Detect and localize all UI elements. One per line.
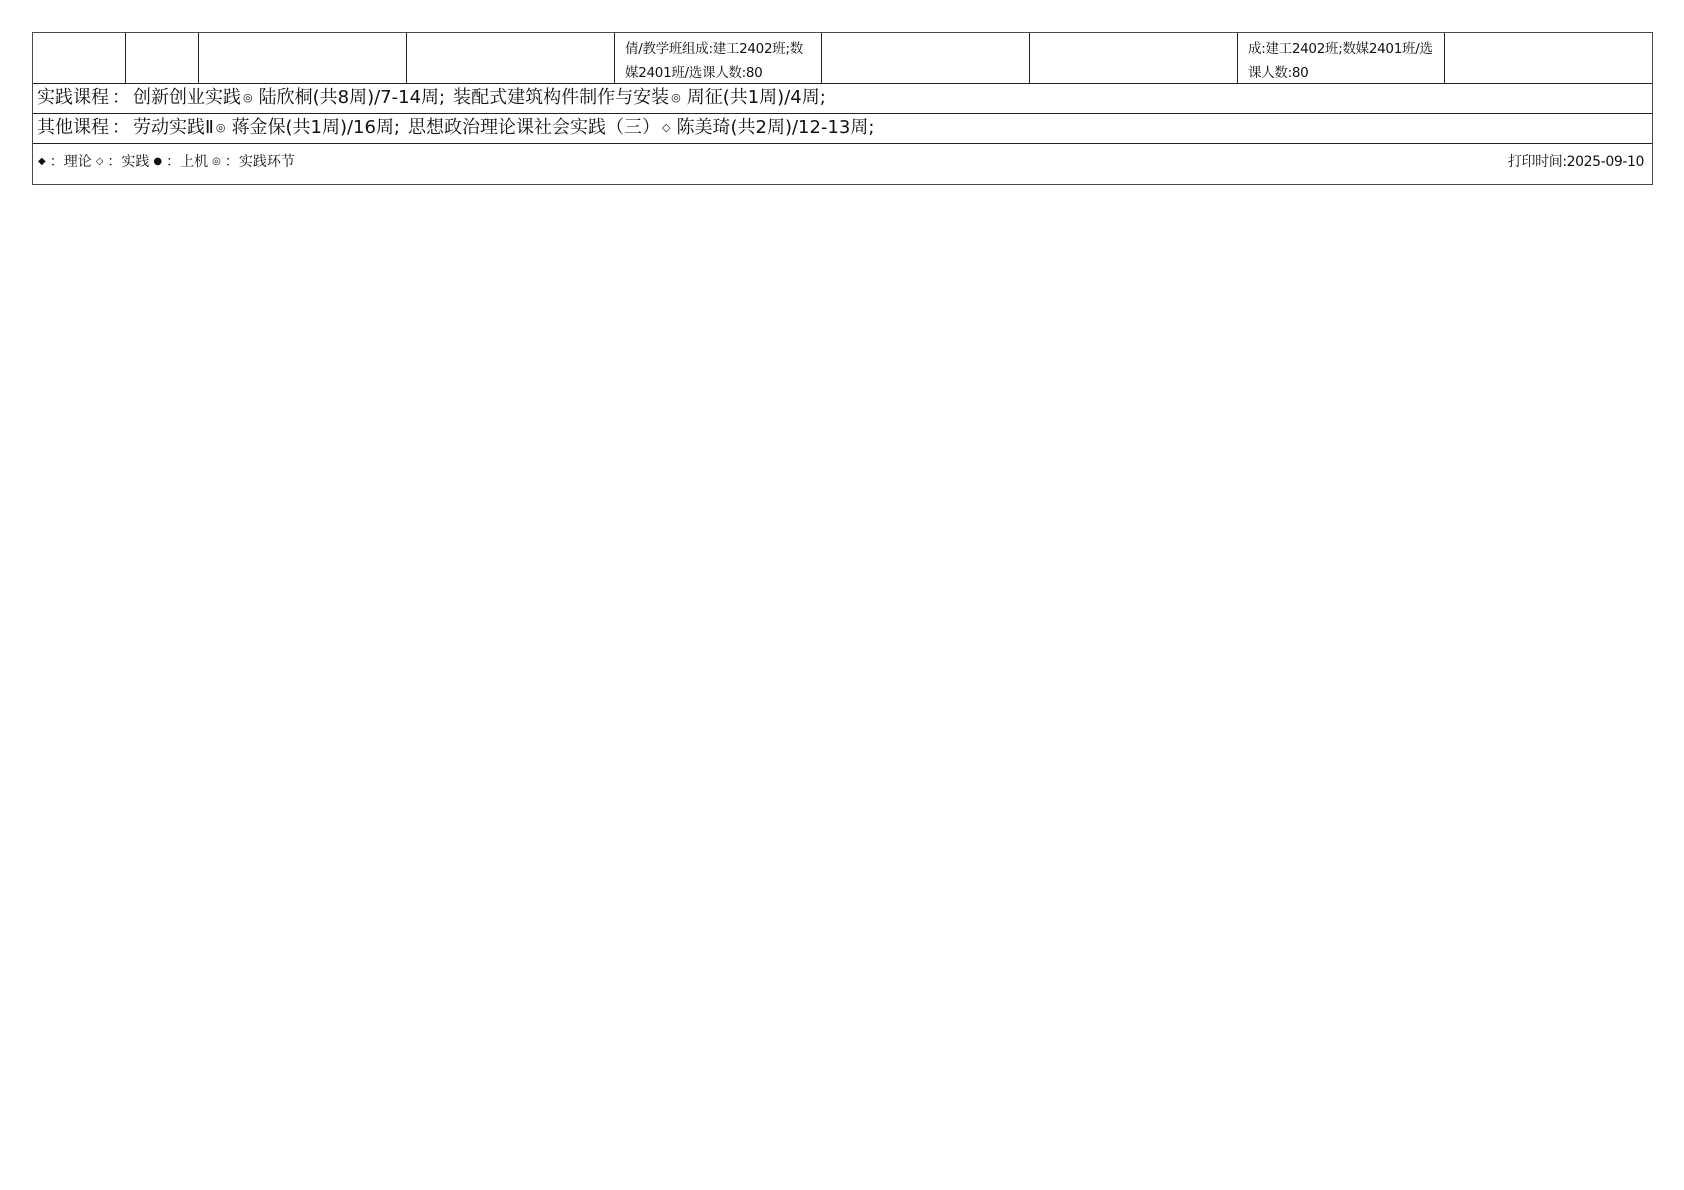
course-duration: (共8周) <box>313 87 375 108</box>
timetable-partial-row: 倩/教学班组成:建工2402班;数媒2401班/选课人数:80 成:建工2402… <box>33 33 1652 84</box>
timetable-cell <box>1030 33 1238 83</box>
course-weeks: /7-14周; <box>374 87 453 108</box>
print-time: 打印时间:2025-09-10 <box>1508 152 1644 172</box>
course-entry: 思想政治理论课社会实践（三）◇陈美琦(共2周)/12-13周; <box>408 117 874 138</box>
hollow-diamond-icon: ◇ <box>660 121 676 134</box>
bullseye-icon: ◎ <box>669 91 687 104</box>
filled-diamond-icon: ◆ <box>37 152 50 172</box>
legend-footer-row: ◆：理论 ◇：实践 ●：上机 ◎：实践环节 打印时间:2025-09-10 <box>33 144 1652 184</box>
practice-courses-row: 实践课程：创新创业实践◎陆欣桐(共8周)/7-14周;装配式建筑构件制作与安装◎… <box>33 84 1652 114</box>
course-duration: (共1周) <box>285 117 347 138</box>
course-name: 创新创业实践 <box>133 87 241 108</box>
bullseye-icon: ◎ <box>214 121 232 134</box>
legend-label: ：理论 <box>50 152 95 172</box>
course-teacher: 周征 <box>687 87 723 108</box>
course-entry: 装配式建筑构件制作与安装◎周征(共1周)/4周; <box>453 87 826 108</box>
timetable-sheet: 倩/教学班组成:建工2402班;数媒2401班/选课人数:80 成:建工2402… <box>32 32 1653 185</box>
timetable-cell <box>1445 33 1652 83</box>
course-name: 装配式建筑构件制作与安装 <box>453 87 669 108</box>
legend-label: ：上机 <box>166 152 211 172</box>
course-name: 劳动实践Ⅱ <box>133 117 214 138</box>
bullseye-icon: ◎ <box>211 152 225 172</box>
course-entry: 劳动实践Ⅱ◎蒋金保(共1周)/16周; <box>133 117 408 138</box>
legend-label: ：实践环节 <box>225 152 298 172</box>
other-courses-row: 其他课程：劳动实践Ⅱ◎蒋金保(共1周)/16周;思想政治理论课社会实践（三）◇陈… <box>33 114 1652 144</box>
course-entry: 创新创业实践◎陆欣桐(共8周)/7-14周; <box>133 87 453 108</box>
hollow-diamond-icon: ◇ <box>95 152 108 172</box>
legend-label: ：实践 <box>107 152 152 172</box>
timetable-cell <box>199 33 407 83</box>
course-teacher: 陆欣桐 <box>259 87 313 108</box>
course-weeks: /4周; <box>784 87 826 108</box>
timetable-cell-class-info: 倩/教学班组成:建工2402班;数媒2401班/选课人数:80 <box>615 33 822 83</box>
timetable-cell <box>822 33 1030 83</box>
course-weeks: /16周; <box>347 117 408 138</box>
practice-courses-label: 实践课程 <box>37 87 109 108</box>
bullseye-icon: ◎ <box>241 91 259 104</box>
course-teacher: 蒋金保 <box>231 117 285 138</box>
course-weeks: /12-13周; <box>792 117 874 138</box>
type-legend: ◆：理论 ◇：实践 ●：上机 ◎：实践环节 <box>37 152 298 172</box>
other-courses-label: 其他课程 <box>37 117 109 138</box>
course-duration: (共1周) <box>723 87 785 108</box>
course-duration: (共2周) <box>730 117 792 138</box>
label-separator: ： <box>109 117 133 138</box>
label-separator: ： <box>109 87 133 108</box>
timetable-cell <box>33 33 126 83</box>
timetable-cell <box>407 33 615 83</box>
filled-circle-icon: ● <box>152 152 166 172</box>
timetable-cell-class-info: 成:建工2402班;数媒2401班/选课人数:80 <box>1238 33 1445 83</box>
course-name: 思想政治理论课社会实践（三） <box>408 117 660 138</box>
course-teacher: 陈美琦 <box>676 117 730 138</box>
timetable-cell <box>126 33 199 83</box>
